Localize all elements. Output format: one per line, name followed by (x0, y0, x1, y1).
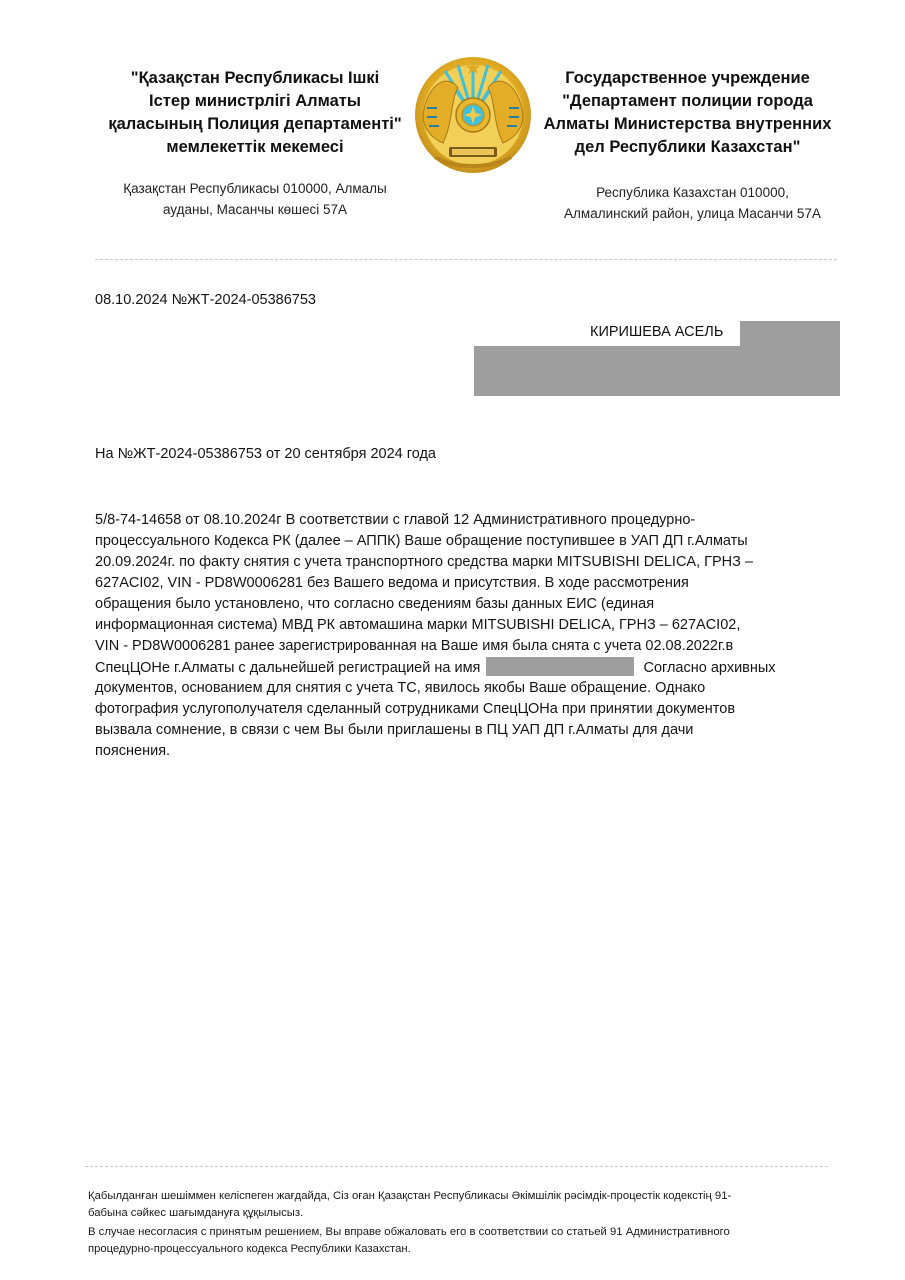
header-left-title-line: мемлекеттік мекемесі (100, 136, 410, 159)
paragraph-text: СпецЦОНе г.Алматы с дальнейшей регистрац… (95, 660, 480, 676)
name-redaction (486, 657, 634, 676)
header-left-address-line: ауданы, Масанчы көшесі 57А (92, 199, 418, 220)
paragraph-line: VIN - PD8W0006281 ранее зарегистрированн… (95, 636, 835, 657)
paragraph-line: информационная система) МВД РК автомашин… (95, 615, 835, 636)
header-right-title-line: дел Республики Казахстан" (530, 136, 845, 159)
footer-line: процедурно-процессуального кодекса Респу… (88, 1241, 823, 1258)
paragraph-line: обращения было установлено, что согласно… (95, 594, 835, 615)
paragraph-line: пояснения. (95, 741, 835, 762)
recipient-address-redaction (474, 346, 840, 396)
header-right-address-line: Алмалинский район, улица Масанчи 57А (530, 203, 855, 224)
header-left-title-line: Істер министрлігі Алматы (100, 90, 410, 113)
outgoing-number: 08.10.2024 №ЖТ-2024-05386753 (95, 290, 316, 311)
paragraph-text: Согласно архивных (643, 660, 775, 676)
paragraph-line: фотография услугополучателя сделанный со… (95, 699, 835, 720)
header-left-address-line: Қазақстан Республикасы 010000, Алмалы (92, 178, 418, 199)
paragraph-line: процессуального Кодекса РК (далее – АППК… (95, 531, 835, 552)
footer-appeal-kz: Қабылданған шешіммен келіспеген жағдайда… (88, 1188, 823, 1222)
header-divider (95, 259, 837, 260)
header-right-title-line: Алматы Министерства внутренних (530, 113, 845, 136)
header-left-org-title: "Қазақстан Республикасы Ішкі Істер минис… (100, 67, 410, 159)
footer-line: бабына сәйкес шағымдануға құқылысыз. (88, 1205, 823, 1222)
reference-line: На №ЖТ-2024-05386753 от 20 сентября 2024… (95, 444, 436, 465)
header-right-title-line: "Департамент полиции города (530, 90, 845, 113)
header-left-address: Қазақстан Республикасы 010000, Алмалы ау… (92, 178, 418, 220)
recipient-name: КИРИШЕВА АСЕЛЬ (590, 324, 723, 340)
footer-line: В случае несогласия с принятым решением,… (88, 1224, 823, 1241)
footer-appeal-ru: В случае несогласия с принятым решением,… (88, 1224, 823, 1258)
paragraph-line: документов, основанием для снятия с учет… (95, 678, 835, 699)
recipient-redaction (740, 321, 840, 346)
header-right-address-line: Республика Казахстан 010000, (530, 182, 855, 203)
header-left-title-line: қаласының Полиция департаменті" (100, 113, 410, 136)
paragraph-line: 627ACI02, VIN - PD8W0006281 без Вашего в… (95, 573, 835, 594)
footer-divider (85, 1166, 828, 1167)
footer-line: Қабылданған шешіммен келіспеген жағдайда… (88, 1188, 823, 1205)
kazakhstan-state-emblem-icon (413, 53, 533, 177)
paragraph-line: 5/8-74-14658 от 08.10.2024г В соответств… (95, 510, 835, 531)
paragraph-line: вызвала сомнение, в связи с чем Вы были … (95, 720, 835, 741)
paragraph-line-redacted: СпецЦОНе г.Алматы с дальнейшей регистрац… (95, 657, 835, 678)
paragraph-line: 20.09.2024г. по факту снятия с учета тра… (95, 552, 835, 573)
header-left-title-line: "Қазақстан Республикасы Ішкі (100, 67, 410, 90)
header-right-title-line: Государственное учреждение (530, 67, 845, 90)
main-paragraph: 5/8-74-14658 от 08.10.2024г В соответств… (95, 510, 835, 762)
header-right-address: Республика Казахстан 010000, Алмалинский… (530, 182, 855, 224)
header-right-org-title: Государственное учреждение "Департамент … (530, 67, 845, 159)
